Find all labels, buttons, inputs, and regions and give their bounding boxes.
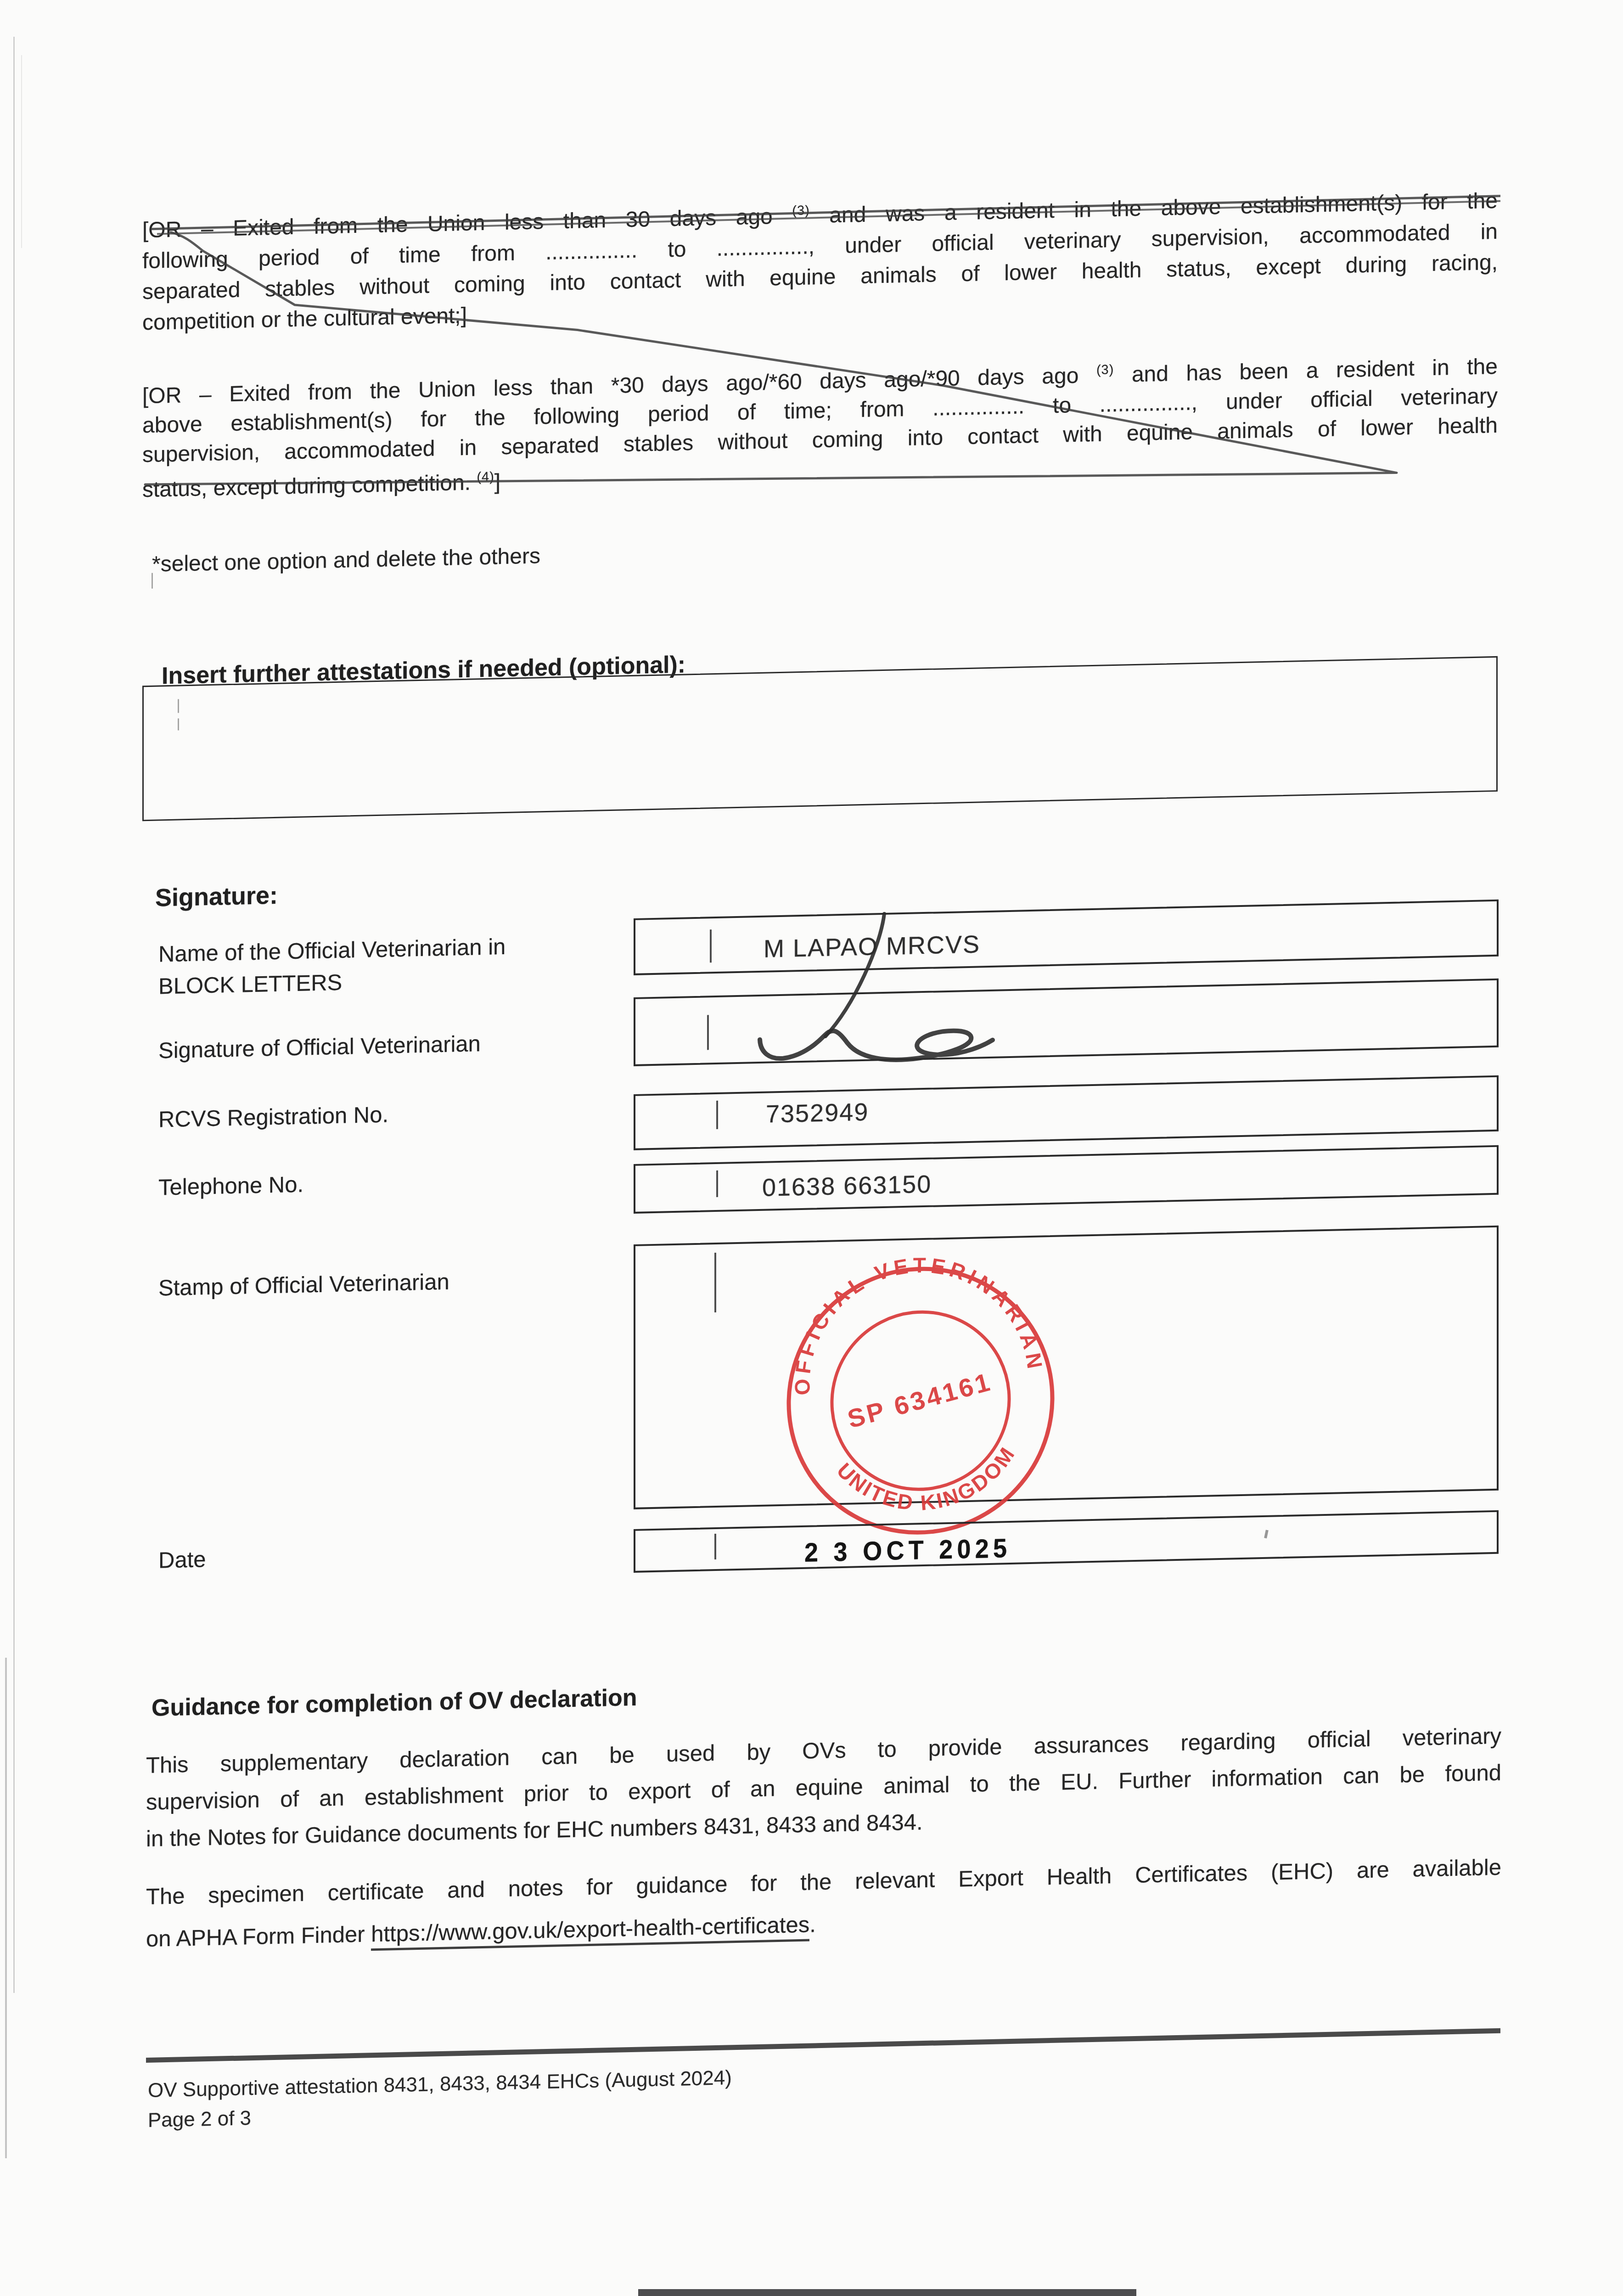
name-label: Name of the Official Veterinarian in bbox=[158, 934, 505, 968]
select-note: *select one option and delete the others bbox=[152, 540, 540, 580]
scan-cursor-artifact bbox=[178, 699, 179, 713]
scan-cursor-artifact bbox=[152, 573, 153, 589]
option2-paragraph: [OR – Exited from the Union less than *3… bbox=[142, 347, 1498, 505]
stamp-label: Stamp of Official Veterinarian bbox=[158, 1269, 449, 1301]
footer-doc-ref: OV Supportive attestation 8431, 8433, 84… bbox=[148, 2066, 732, 2102]
signature-label: Signature of Official Veterinarian bbox=[158, 1031, 481, 1064]
footnote-ref-3: (3) bbox=[792, 203, 809, 219]
field-tick-mark bbox=[710, 929, 712, 962]
document-content: [OR – Exited from the Union less than 30… bbox=[0, 0, 1623, 2296]
attestations-box bbox=[142, 656, 1498, 821]
footnote-ref-4: (4) bbox=[477, 470, 494, 485]
telephone-value: 01638 663150 bbox=[762, 1170, 932, 1202]
footnote-ref-3: (3) bbox=[1096, 362, 1114, 377]
scan-bottom-bar bbox=[638, 2289, 1136, 2296]
footer-page-number: Page 2 of 3 bbox=[148, 2107, 251, 2132]
rcvs-label: RCVS Registration No. bbox=[158, 1102, 388, 1133]
date-field-box bbox=[634, 1510, 1499, 1573]
rcvs-field-box bbox=[634, 1075, 1499, 1150]
footer-rule bbox=[146, 2028, 1500, 2063]
field-tick-mark bbox=[716, 1101, 718, 1129]
rcvs-value: 7352949 bbox=[766, 1098, 869, 1129]
field-tick-mark bbox=[714, 1253, 716, 1312]
signature-heading: Signature: bbox=[155, 881, 278, 912]
name-value: M LAPAO MRCVS bbox=[764, 930, 980, 963]
field-tick-mark bbox=[714, 1534, 716, 1559]
date-stamp-value: 2 3 OCT 2025 bbox=[804, 1533, 1011, 1568]
scanned-document-page: [OR – Exited from the Union less than 30… bbox=[0, 0, 1623, 2296]
guidance-heading: Guidance for completion of OV declaratio… bbox=[152, 1684, 637, 1722]
option1-paragraph: [OR – Exited from the Union less than 30… bbox=[142, 180, 1498, 338]
scan-cursor-artifact bbox=[178, 718, 179, 730]
stamp-field-box bbox=[634, 1226, 1499, 1509]
telephone-label: Telephone No. bbox=[158, 1172, 303, 1201]
signature-field-box bbox=[634, 979, 1499, 1066]
form-finder-link: https://www.gov.uk/export-health-certifi… bbox=[371, 1913, 809, 1951]
field-tick-mark bbox=[716, 1171, 718, 1197]
guidance-paragraph-2: The specimen certificate and notes for g… bbox=[146, 1846, 1501, 1960]
date-label: Date bbox=[158, 1547, 206, 1573]
field-tick-mark bbox=[707, 1015, 709, 1050]
name-label-line2: BLOCK LETTERS bbox=[158, 970, 342, 1000]
guidance-paragraph-1: This supplementary declaration can be us… bbox=[146, 1718, 1501, 1857]
